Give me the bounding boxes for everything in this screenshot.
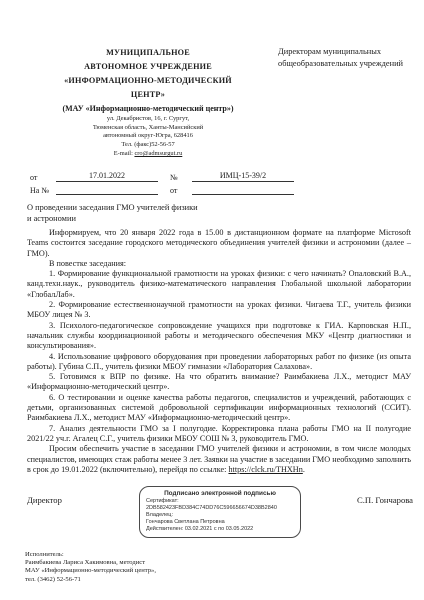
org-short-name: (МАУ «Информационно-методический центр») xyxy=(28,103,268,115)
organization-block: МУНИЦИПАЛЬНОЕ АВТОНОМНОЕ УЧРЕЖДЕНИЕ «ИНФ… xyxy=(28,46,268,158)
stamp-title: Подписано электронной подписью xyxy=(146,490,294,498)
request-paragraph: Просим обеспечить участие в заседании ГМ… xyxy=(27,444,411,475)
letter-date-field: 17.01.2022 xyxy=(56,170,158,182)
org-phone-line: Тел. (факс)52-56-57 xyxy=(28,141,268,150)
from-label: от xyxy=(30,173,56,182)
electronic-signature-stamp: Подписано электронной подписью Сертифика… xyxy=(139,486,301,538)
signature-row: Директор Подписано электронной подписью … xyxy=(27,486,413,538)
org-name-line: АВТОНОМНОЕ УЧРЕЖДЕНИЕ xyxy=(28,60,268,74)
org-address-line: Тюменская область, Ханты-Мансийский xyxy=(28,124,268,133)
reference-row-outgoing: от 17.01.2022 № ИМЦ-15-39/2 xyxy=(30,169,294,182)
org-email-line: E-mail: cro@admsurgut.ru xyxy=(28,149,268,158)
email-link[interactable]: cro@admsurgut.ru xyxy=(134,150,182,157)
letter-subject: О проведении заседания ГМО учителей физи… xyxy=(27,202,327,224)
body-paragraph-agenda-heading: В повестке заседания: xyxy=(27,259,411,269)
registration-link[interactable]: https://clck.ru/THXHn xyxy=(228,465,302,474)
addressee-block: Директорам муниципальных общеобразовател… xyxy=(278,46,413,158)
na-number-label: На № xyxy=(30,186,56,195)
email-label: E-mail: xyxy=(114,150,135,157)
reference-block: от 17.01.2022 № ИМЦ-15-39/2 На № от xyxy=(30,169,294,195)
executor-label: Исполнитель: xyxy=(25,551,156,559)
certificate-label: Сертификат: xyxy=(146,498,294,505)
letter-page: МУНИЦИПАЛЬНОЕ АВТОНОМНОЕ УЧРЕЖДЕНИЕ «ИНФ… xyxy=(0,0,424,600)
agenda-item-4: 4. Использование цифрового оборудования … xyxy=(27,352,411,373)
org-address-line: автономный округ-Югра, 628416 xyxy=(28,132,268,141)
letter-number-field: ИМЦ-15-39/2 xyxy=(192,170,294,182)
owner-name: Гончарова Светлана Петровна xyxy=(146,519,294,526)
executor-name: Раимбакиева Лариса Хакимовна, методист xyxy=(25,559,156,567)
certificate-number: 2DB582423FBD384C74DD76C596656674D38B2840 xyxy=(146,505,294,512)
owner-label: Владелец: xyxy=(146,512,294,519)
executor-block: Исполнитель: Раимбакиева Лариса Хакимовн… xyxy=(25,551,156,584)
agenda-item-5: 5. Готовимся к ВПР по физике. На что обр… xyxy=(27,372,411,393)
incoming-date-field xyxy=(192,194,294,195)
agenda-item-6: 6. О тестировании и оценке качества рабо… xyxy=(27,393,411,424)
org-name-line: ЦЕНТР» xyxy=(28,88,268,102)
validity-period: Действителен: 03.02.2021 с по 03.05.2022 xyxy=(146,526,294,533)
request-text: Просим обеспечить участие в заседании ГМ… xyxy=(27,444,411,474)
letter-body: Информируем, что 20 января 2022 года в 1… xyxy=(27,228,411,475)
org-name-line: МУНИЦИПАЛЬНОЕ xyxy=(28,46,268,60)
reference-row-incoming: На № от xyxy=(30,182,294,195)
letterhead: МУНИЦИПАЛЬНОЕ АВТОНОМНОЕ УЧРЕЖДЕНИЕ «ИНФ… xyxy=(0,46,424,158)
incoming-from-label: от xyxy=(170,186,192,195)
subject-line: и астрономии xyxy=(27,213,327,224)
signer-name: С.П. Гончарова xyxy=(301,495,413,505)
org-address-line: ул. Декабристов, 16, г. Сургут, xyxy=(28,115,268,124)
agenda-item-2: 2. Формирование естественнонаучной грамо… xyxy=(27,300,411,321)
executor-phone: тел. (3462) 52-56-71 xyxy=(25,576,156,584)
request-period: . xyxy=(303,465,305,474)
org-name-line: «ИНФОРМАЦИОННО-МЕТОДИЧЕСКИЙ xyxy=(28,74,268,88)
signer-position: Директор xyxy=(27,495,139,505)
number-label: № xyxy=(170,173,192,182)
subject-line: О проведении заседания ГМО учителей физи… xyxy=(27,202,327,213)
agenda-item-7: 7. Анализ деятельности ГМО за I полугоди… xyxy=(27,424,411,445)
agenda-item-1: 1. Формирование функциональной грамотнос… xyxy=(27,269,411,300)
incoming-number-field xyxy=(56,194,158,195)
agenda-item-3: 3. Психолого-педагогическое сопровождени… xyxy=(27,321,411,352)
executor-org: МАУ «Информационно-методический центр», xyxy=(25,567,156,575)
body-paragraph: Информируем, что 20 января 2022 года в 1… xyxy=(27,228,411,259)
